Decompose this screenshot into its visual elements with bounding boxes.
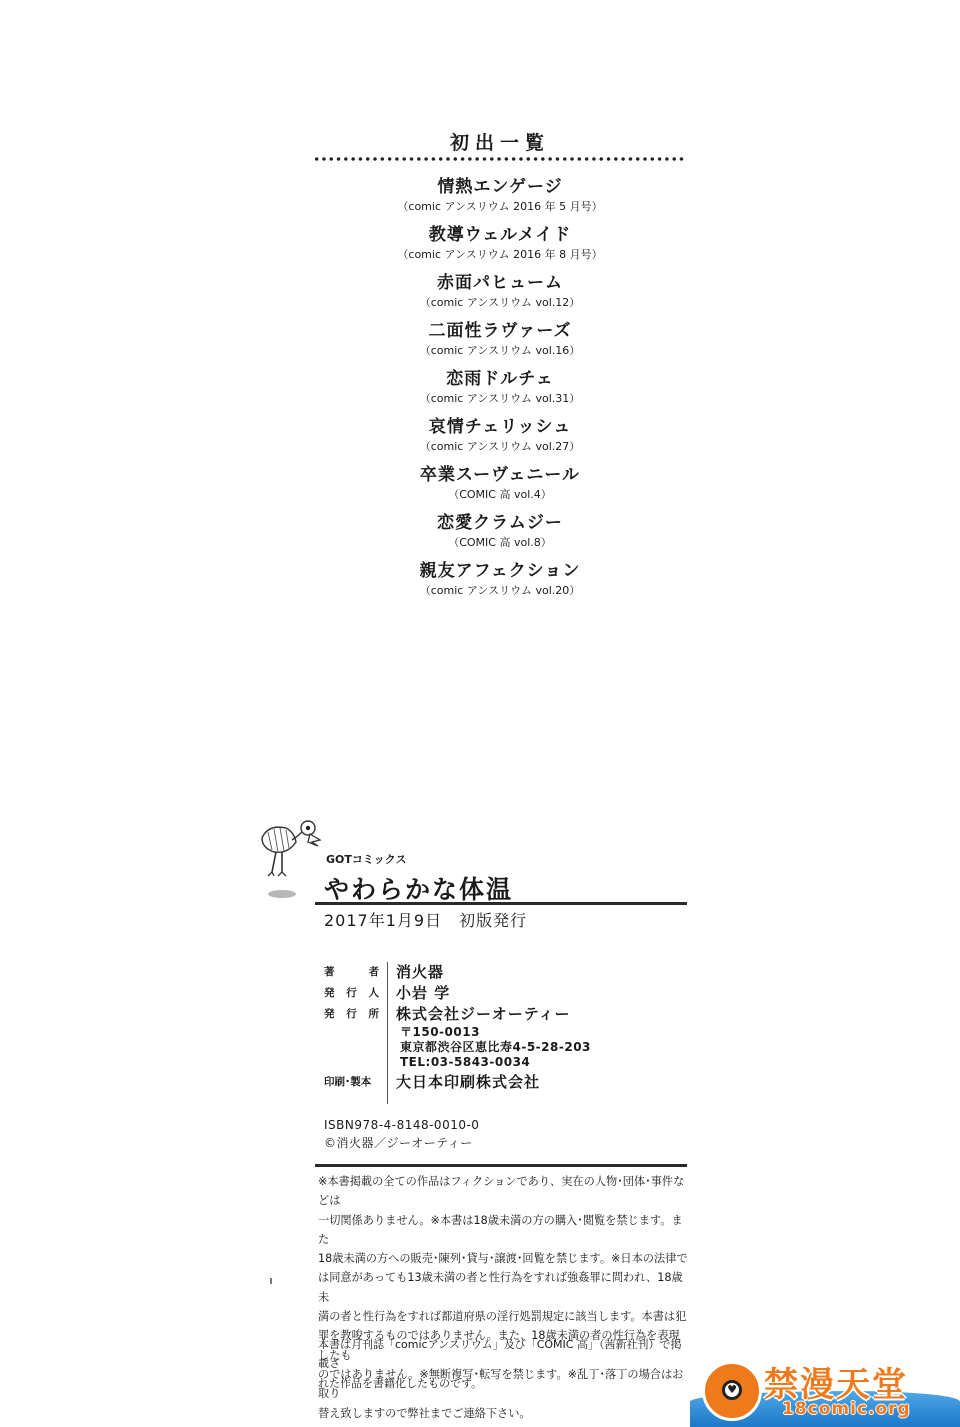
toc-entry: 恋愛クラムジー （COMIC 高 vol.8） [300, 512, 700, 560]
mascot-icon: ♥ [702, 1361, 762, 1421]
toc-entry-title: 卒業スーヴェニール [300, 464, 700, 486]
toc-entry-source: （COMIC 高 vol.4） [300, 487, 700, 503]
notice-line: 一切関係ありません。※本書は18歳未満の方の購入･閲覧を禁じます。また [318, 1211, 690, 1250]
heart-icon: ♥ [722, 1380, 742, 1400]
watermark-logo: ♥ 禁漫天堂 18comic.org [690, 1355, 960, 1427]
toc-entry-source: （COMIC 高 vol.8） [300, 535, 700, 551]
toc-list: 情熱エンゲージ （comic アンスリウム 2016 年 5 月号） 教導ウェル… [300, 176, 700, 608]
printer-name: 大日本印刷株式会社 [386, 1072, 540, 1093]
label-char: 所 [369, 1004, 380, 1025]
title-rule [315, 902, 687, 905]
publisher-person-label: 発 行 人 [324, 983, 386, 1004]
toc-entry: 教導ウェルメイド （comic アンスリウム 2016 年 8 月号） [300, 224, 700, 272]
toc-entry-source: （comic アンスリウム vol.20） [300, 583, 700, 599]
telephone: TEL:03-5843-0034 [386, 1055, 591, 1070]
book-title: やわらかな体温 [324, 870, 513, 906]
toc-entry-title: 教導ウェルメイド [300, 224, 700, 246]
postal-code: 〒150-0013 [386, 1025, 591, 1040]
colophon-row-publisher-person: 発 行 人 小岩 学 [324, 983, 591, 1004]
toc-entry-source: （comic アンスリウム vol.16） [300, 343, 700, 359]
toc-entry-title: 情熱エンゲージ [300, 176, 700, 198]
dotted-divider [313, 156, 687, 162]
toc-entry: 卒業スーヴェニール （COMIC 高 vol.4） [300, 464, 700, 512]
toc-entry-source: （comic アンスリウム vol.12） [300, 295, 700, 311]
toc-entry: 赤面パヒューム （comic アンスリウム vol.12） [300, 272, 700, 320]
toc-entry: 情熱エンゲージ （comic アンスリウム 2016 年 5 月号） [300, 176, 700, 224]
toc-entry-title: 恋雨ドルチェ [300, 368, 700, 390]
label-char: 行 [346, 983, 357, 1004]
author-label: 著 者 [324, 962, 386, 983]
watermark-url: 18comic.org [782, 1399, 911, 1419]
colophon-row-publisher-company: 発 行 所 株式会社ジーオーティー 〒150-0013 東京都渋谷区恵比寿4-5… [324, 1004, 591, 1070]
toc-heading: 初出一覧 [0, 128, 960, 155]
notice-line: は同意があっても13歳未満の者と性行為をすれば強姦罪に問われ、18歳未 [318, 1268, 690, 1307]
toc-entry-title: 二面性ラヴァーズ [300, 320, 700, 342]
author-name: 消火器 [386, 962, 444, 983]
colophon-table: 著 者 消火器 発 行 人 小岩 学 発 行 所 株式会社ジーオーティー 〒15… [324, 962, 591, 1093]
notice-rule [315, 1164, 687, 1167]
publication-date: 2017年1月9日 初版発行 [324, 908, 527, 931]
publisher-company-block: 株式会社ジーオーティー 〒150-0013 東京都渋谷区恵比寿4-5-28-20… [386, 1004, 591, 1070]
bird-logo-icon [258, 818, 328, 900]
label-char: 行 [346, 1004, 357, 1025]
toc-entry: 親友アフェクション （comic アンスリウム vol.20） [300, 560, 700, 608]
colophon-row-printer: 印刷･製本 大日本印刷株式会社 [324, 1072, 591, 1093]
publisher-company-label: 発 行 所 [324, 1004, 386, 1025]
toc-entry-title: 恋愛クラムジー [300, 512, 700, 534]
label-char: 人 [369, 983, 380, 1004]
toc-entry: 恋雨ドルチェ （comic アンスリウム vol.31） [300, 368, 700, 416]
imprint-label: GOTコミックス [326, 851, 407, 867]
source-note: 本書は月刊誌「comicアンスリウム」及び「COMIC 高」（茜新社刊）で掲載さ… [318, 1335, 690, 1393]
toc-entry-title: 哀情チェリッシュ [300, 416, 700, 438]
toc-entry: 二面性ラヴァーズ （comic アンスリウム vol.16） [300, 320, 700, 368]
label-char: 発 [324, 983, 335, 1004]
address: 東京都渋谷区恵比寿4-5-28-203 [386, 1040, 591, 1055]
notice-line: ※本書掲載の全ての作品はフィクションであり、実在の人物･団体･事件などは [318, 1172, 690, 1211]
isbn: ISBN978-4-8148-0010-0 [324, 1118, 479, 1132]
toc-entry-source: （comic アンスリウム 2016 年 8 月号） [300, 247, 700, 263]
toc-entry-title: 親友アフェクション [300, 560, 700, 582]
label-char: 者 [369, 962, 380, 983]
label-char: 著 [324, 962, 335, 983]
label-char: 発 [324, 1004, 335, 1025]
notice-line: 18歳未満の方への販売･陳列･貸与･譲渡･回覧を禁じます。※日本の法律で [318, 1249, 690, 1268]
publisher-person-name: 小岩 学 [386, 983, 450, 1004]
toc-entry-source: （comic アンスリウム vol.27） [300, 439, 700, 455]
copyright: ©消火器／ジーオーティー [324, 1134, 473, 1151]
source-note-line: 本書は月刊誌「comicアンスリウム」及び「COMIC 高」（茜新社刊）で掲載さ [318, 1335, 690, 1374]
colophon-row-author: 著 者 消火器 [324, 962, 591, 983]
toc-entry-title: 赤面パヒューム [300, 272, 700, 294]
notice-line: 満の者と性行為をすれば都道府県の淫行処罰規定に該当します。本書は犯 [318, 1307, 690, 1326]
notice-line: 替え致しますので弊社までご連絡下さい。 [318, 1404, 690, 1423]
toc-entry-source: （comic アンスリウム vol.31） [300, 391, 700, 407]
printer-label: 印刷･製本 [324, 1072, 386, 1093]
print-speck [270, 1278, 272, 1284]
toc-entry-source: （comic アンスリウム 2016 年 5 月号） [300, 199, 700, 215]
toc-entry: 哀情チェリッシュ （comic アンスリウム vol.27） [300, 416, 700, 464]
source-note-line: れた作品を書籍化したものです。 [318, 1374, 690, 1393]
publisher-company-name: 株式会社ジーオーティー [386, 1004, 591, 1025]
